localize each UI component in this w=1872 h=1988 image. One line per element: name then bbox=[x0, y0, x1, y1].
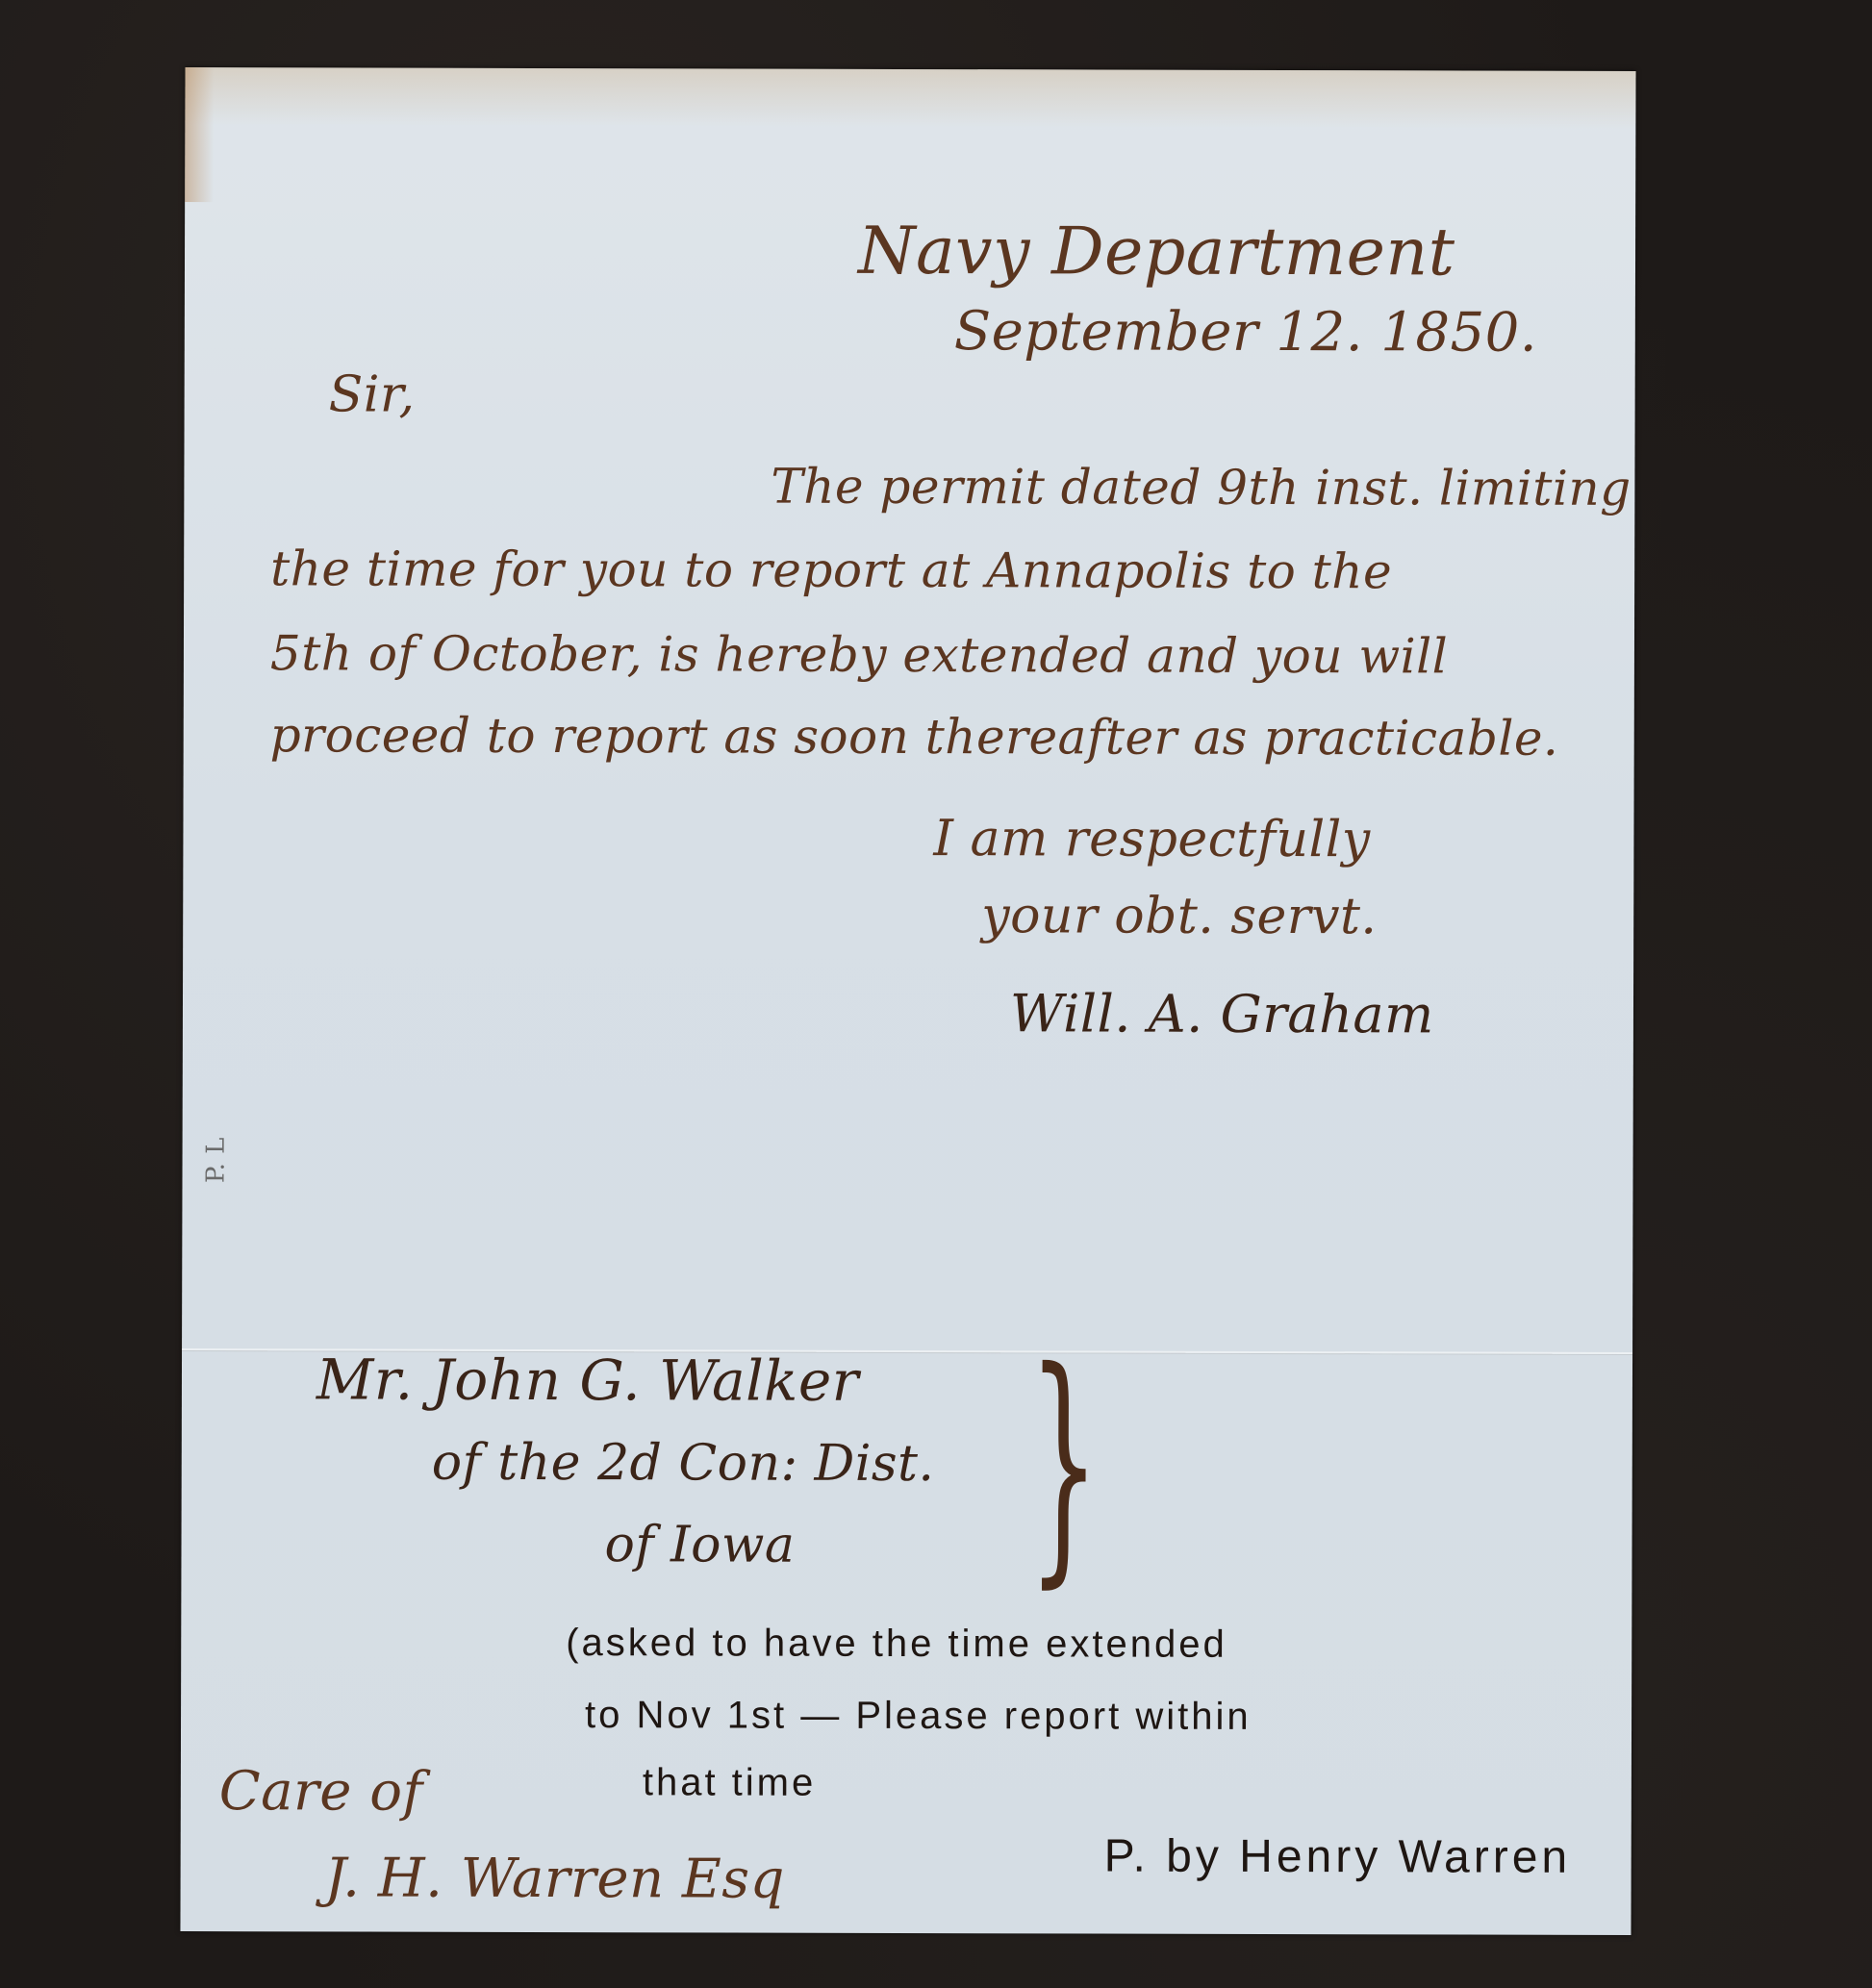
endorsement-line-3: that time bbox=[643, 1761, 817, 1804]
closing-line-1: I am respectfully bbox=[933, 810, 1370, 868]
margin-pencil-note: P. L bbox=[202, 1137, 231, 1183]
endorsement-signature: P. by Henry Warren bbox=[1104, 1830, 1572, 1884]
paper-stain-top bbox=[185, 67, 1635, 129]
endorsement-line-1: (asked to have the time extended bbox=[566, 1622, 1227, 1667]
care-of-line-2: J. H. Warren Esq bbox=[325, 1847, 785, 1910]
addressee-line-3: of Iowa bbox=[604, 1516, 795, 1574]
addressee-line-2: of the 2d Con: Dist. bbox=[432, 1434, 935, 1493]
flourish-brace-icon: } bbox=[1027, 1339, 1100, 1589]
body-line-3: 5th of October, is hereby extended and y… bbox=[270, 625, 1448, 684]
heading-date: September 12. 1850. bbox=[954, 300, 1538, 365]
endorsement-line-2: to Nov 1st — Please report within bbox=[585, 1694, 1252, 1739]
body-line-2: the time for you to report at Annapolis … bbox=[270, 541, 1392, 599]
body-line-1: The permit dated 9th inst. limiting bbox=[771, 459, 1631, 516]
signature: Will. A. Graham bbox=[1010, 983, 1434, 1044]
salutation: Sir, bbox=[329, 365, 416, 423]
closing-line-2: your obt. servt. bbox=[981, 887, 1377, 945]
care-of-line-1: Care of bbox=[219, 1760, 423, 1824]
body-line-4: proceed to report as soon thereafter as … bbox=[270, 707, 1559, 767]
heading-department: Navy Department bbox=[858, 214, 1455, 291]
addressee-line-1: Mr. John G. Walker bbox=[316, 1346, 859, 1413]
paper-stain-corner bbox=[185, 67, 214, 202]
letter-page: Navy Department September 12. 1850. Sir,… bbox=[180, 67, 1635, 1935]
